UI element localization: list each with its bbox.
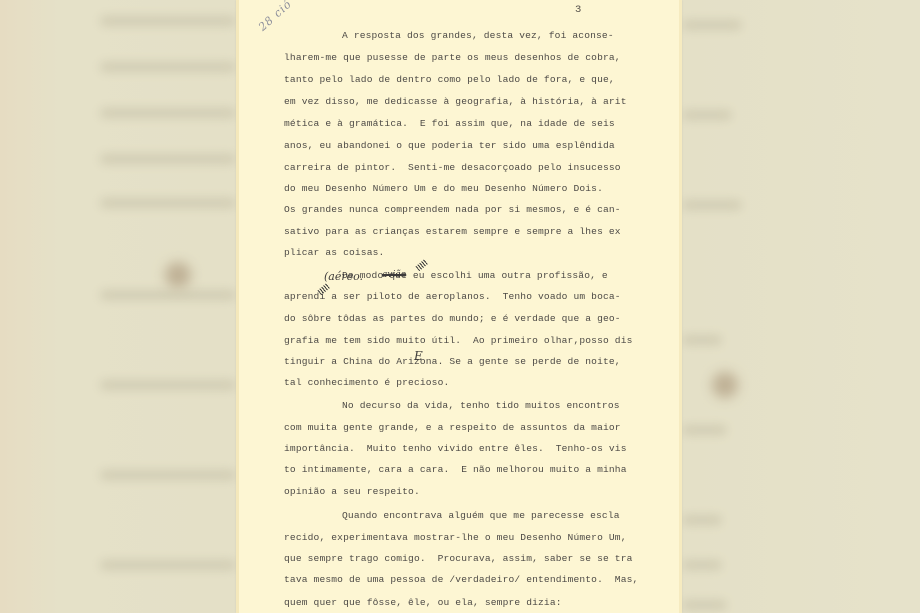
typed-line: to intimamente, cara a cara. E não melho…: [284, 464, 644, 476]
typed-line: importância. Muito tenho vivido entre êl…: [284, 443, 644, 455]
typed-line: Quando encontrava alguém que me parecess…: [342, 510, 702, 522]
typed-line: recido, experimentava mostrar-lhe o meu …: [284, 532, 644, 544]
typewritten-page: 3 28 ció A resposta dos grandes, desta v…: [236, 0, 682, 613]
typed-line: com muita gente grande, e a respeito de …: [284, 422, 644, 434]
handwritten-insertion-aereo: (aéreo.: [324, 270, 363, 283]
typed-line: No decurso da vida, tenho tido muitos en…: [342, 400, 702, 412]
typed-line: em vez disso, me dedicasse à geografia, …: [284, 96, 644, 108]
page-number: 3: [575, 4, 581, 16]
typed-line: Os grandes nunca compreendem nada por si…: [284, 204, 644, 216]
page-edge-left: [236, 0, 239, 613]
typed-line: quem quer que fôsse, êle, ou ela, sempre…: [284, 597, 644, 609]
typed-line: anos, eu abandonei o que poderia ter sid…: [284, 140, 644, 152]
struck-word-aviao: avião: [382, 270, 406, 280]
typed-line: tanto pelo lado de dentro como pelo lado…: [284, 74, 644, 86]
typed-line: opinião a seu respeito.: [284, 486, 644, 498]
typed-line: aprendi a ser piloto de aeroplanos. Tenh…: [284, 291, 644, 303]
typed-line: que sempre trago comigo. Procurava, assi…: [284, 553, 644, 565]
typed-line: plicar as coisas.: [284, 247, 644, 259]
handwritten-margin-note: 28 ció: [256, 0, 294, 34]
typed-line: grafia me tem sido muito útil. Ao primei…: [284, 335, 644, 347]
handwritten-insertion-e: E: [414, 349, 423, 363]
typed-line: mética e à gramática. E foi assim que, n…: [284, 118, 644, 130]
typed-line: tinguir a China do Arizona. Se a gente s…: [284, 356, 644, 368]
typed-line: do sôbre tôdas as partes do mundo; e é v…: [284, 313, 644, 325]
typed-line: tal conhecimento é precioso.: [284, 377, 644, 389]
typed-line: tava mesmo de uma pessoa de /verdadeiro/…: [284, 574, 644, 586]
typed-line: sativo para as crianças estarem sempre e…: [284, 226, 644, 238]
typed-line: carreira de pintor. Senti-me desacorçoad…: [284, 162, 644, 174]
typed-line: A resposta dos grandes, desta vez, foi a…: [342, 30, 702, 42]
typed-line: lharem-me que pusesse de parte os meus d…: [284, 52, 644, 64]
typed-line: do meu Desenho Número Um e do meu Desenh…: [284, 183, 644, 195]
